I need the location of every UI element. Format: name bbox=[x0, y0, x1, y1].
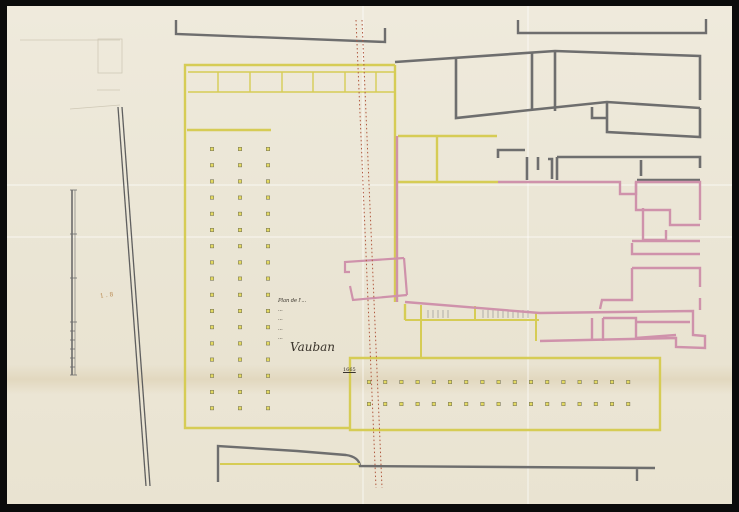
gray-buildings-upper-right bbox=[395, 51, 700, 180]
annotation-line: ... bbox=[278, 306, 360, 315]
floor-plan-drawing bbox=[0, 0, 739, 512]
signature: Vauban bbox=[290, 340, 335, 354]
yellow-stair-block bbox=[405, 305, 539, 358]
top-gray-walls bbox=[176, 19, 706, 42]
handwritten-annotation: Plan de l'... ... ... ... ... bbox=[278, 297, 360, 343]
yellow-top-range-bays bbox=[188, 72, 395, 92]
annotation-line: ... bbox=[278, 315, 360, 324]
date-fragment: 1665 bbox=[343, 367, 356, 373]
yellow-lower-building bbox=[350, 358, 660, 430]
faint-construction-lines bbox=[20, 39, 122, 109]
annotation-line: ... bbox=[278, 325, 360, 334]
red-dotted-diagonal bbox=[356, 20, 382, 488]
diagonal-gray-wall bbox=[118, 107, 150, 486]
annotation-line: Plan de l'... bbox=[278, 297, 360, 306]
scale-bar bbox=[70, 190, 77, 375]
hall-pillars-left bbox=[210, 147, 269, 410]
hall-pillars-lower bbox=[367, 380, 630, 405]
yellow-main-building bbox=[185, 65, 498, 428]
